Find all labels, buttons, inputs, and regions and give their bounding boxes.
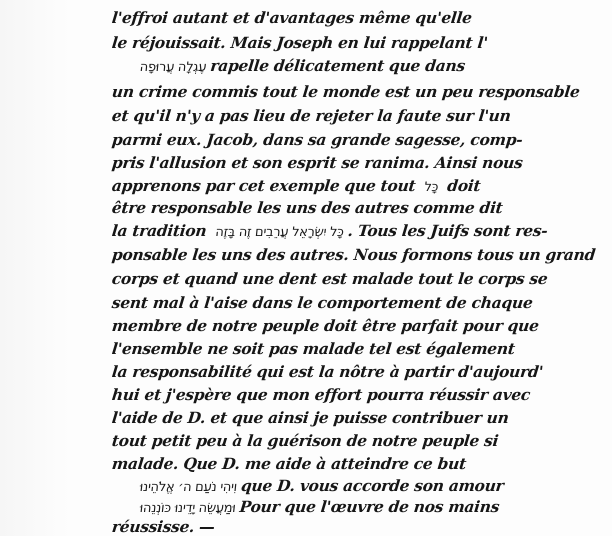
french-text: doit (441, 176, 481, 195)
french-text: la responsabilité qui est la nôtre à par… (111, 362, 544, 381)
handwritten-line: parmi eux. Jacob, dans sa grande sagesse… (111, 130, 523, 149)
handwritten-line: et qu'il n'y a pas lieu de rejeter la fa… (111, 106, 512, 125)
scanned-letter-page: l'effroi autant et d'avantages même qu'e… (0, 0, 612, 536)
handwritten-line: apprenons par cet exemple que tout כָּל … (111, 176, 481, 195)
french-text: que D. vous accorde son amour (240, 476, 505, 495)
handwritten-line: tout petit peu à la guérison de notre pe… (111, 431, 499, 450)
handwritten-line: וּמַעֲשֵׂה יָדֵינוּ כּוֹנְנֵהוּPour que … (135, 497, 500, 516)
handwritten-line: l'aide de D. et que ainsi je puisse cont… (111, 408, 510, 427)
hebrew-quotation: וִיהִי נֹעַם ה׳ אֱלֹהֵינוּ (139, 480, 238, 495)
french-text: ponsable les uns des autres. Nous formon… (111, 245, 596, 264)
french-text: le réjouissait. Mais Joseph en lui rappe… (111, 33, 489, 52)
french-text: réussisse. (111, 517, 195, 536)
handwritten-line: וִיהִי נֹעַם ה׳ אֱלֹהֵינוּque D. vous ac… (135, 476, 505, 495)
handwritten-line: être responsable les uns des autres comm… (111, 198, 504, 217)
french-text: malade. Que D. me aide à atteindre ce bu… (111, 454, 467, 473)
hebrew-quotation: כָּל (424, 180, 439, 195)
handwritten-line: un crime commis tout le monde est un peu… (111, 82, 581, 101)
french-text: l'ensemble ne soit pas malade tel est ég… (111, 339, 516, 358)
french-text: un crime commis tout le monde est un peu… (111, 82, 581, 101)
handwritten-line: membre de notre peuple doit être parfait… (111, 316, 540, 335)
handwritten-line: sent mal à l'aise dans le comportement d… (111, 293, 534, 312)
french-text: et qu'il n'y a pas lieu de rejeter la fa… (111, 106, 512, 125)
french-text: sent mal à l'aise dans le comportement d… (111, 293, 534, 312)
french-text: rapelle délicatement que dans (209, 56, 466, 75)
french-text: membre de notre peuple doit être parfait… (111, 316, 540, 335)
french-text: hui et j'espère que mon effort pourra ré… (111, 385, 531, 404)
french-text: être responsable les uns des autres comm… (111, 198, 504, 217)
french-text: apprenons par cet exemple que tout (111, 176, 422, 195)
handwritten-line: la responsabilité qui est la nôtre à par… (111, 362, 544, 381)
handwritten-line: l'effroi autant et d'avantages même qu'e… (111, 8, 473, 27)
french-text: . Tous les Juifs sont res- (347, 221, 549, 240)
handwritten-line: hui et j'espère que mon effort pourra ré… (111, 385, 531, 404)
handwritten-line: corps et quand une dent est malade tout … (111, 269, 549, 288)
hebrew-quotation: וּמַעֲשֵׂה יָדֵינוּ כּוֹנְנֵהוּ (139, 501, 236, 516)
hebrew-quotation: עֶגְלָה עֲרוּפָה (139, 60, 207, 75)
handwritten-line: עֶגְלָה עֲרוּפָהrapelle délicatement que… (135, 56, 466, 75)
french-text: corps et quand une dent est malade tout … (111, 269, 549, 288)
handwritten-line: ponsable les uns des autres. Nous formon… (111, 245, 596, 264)
closing-dash (200, 527, 214, 529)
hebrew-quotation: כָּל יִשְׂרָאֵל עֲרֵבִים זֶה בָּזֶה (215, 225, 345, 240)
handwritten-line: la tradition כָּל יִשְׂרָאֵל עֲרֵבִים זֶ… (111, 221, 548, 240)
handwritten-line: le réjouissait. Mais Joseph en lui rappe… (111, 33, 489, 52)
french-text: la tradition (111, 221, 213, 240)
french-text: parmi eux. Jacob, dans sa grande sagesse… (111, 130, 523, 149)
handwritten-line: réussisse. (111, 517, 215, 536)
french-text: pris l'allusion et son esprit se ranima.… (111, 153, 524, 172)
french-text: l'aide de D. et que ainsi je puisse cont… (111, 408, 510, 427)
french-text: tout petit peu à la guérison de notre pe… (111, 431, 499, 450)
handwritten-line: malade. Que D. me aide à atteindre ce bu… (111, 454, 467, 473)
handwritten-line: l'ensemble ne soit pas malade tel est ég… (111, 339, 516, 358)
french-text: Pour que l'œuvre de nos mains (239, 497, 500, 516)
scan-margin-shade (0, 0, 70, 536)
french-text: l'effroi autant et d'avantages même qu'e… (111, 8, 473, 27)
handwritten-line: pris l'allusion et son esprit se ranima.… (111, 153, 524, 172)
